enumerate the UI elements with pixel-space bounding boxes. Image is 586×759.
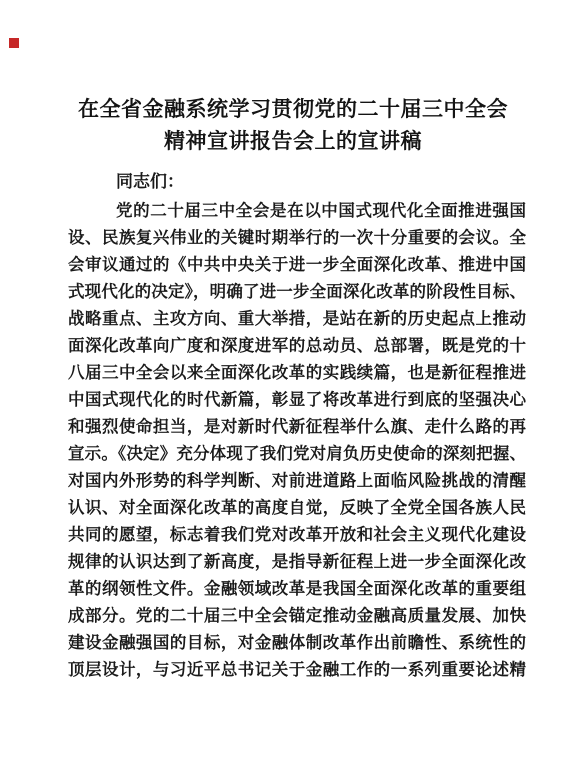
paragraph-line: 革的纲领性文件。金融领域改革是我国全面深化改革的重要组 — [68, 576, 526, 603]
paragraph-line: 顶层设计，与习近平总书记关于金融工作的一系列重要论述精 — [68, 657, 526, 684]
paragraph-line: 和强烈使命担当，是对新时代新征程举什么旗、走什么路的再 — [68, 414, 526, 441]
red-corner-marker — [9, 38, 19, 48]
paragraph-line: 宣示。《决定》充分体现了我们党对肩负历史使命的深刻把握、 — [68, 441, 526, 468]
title-line-1: 在全省金融系统学习贯彻党的二十届三中全会 — [0, 94, 586, 126]
paragraph-line: 成部分。党的二十届三中全会锚定推动金融高质量发展、加快 — [68, 603, 526, 630]
title-line-2: 精神宣讲报告会上的宣讲稿 — [0, 126, 586, 158]
paragraph-line: 规律的认识达到了新高度，是指导新征程上进一步全面深化改 — [68, 549, 526, 576]
document-page: 在全省金融系统学习贯彻党的二十届三中全会 精神宣讲报告会上的宣讲稿 同志们： 党… — [0, 0, 586, 759]
document-title: 在全省金融系统学习贯彻党的二十届三中全会 精神宣讲报告会上的宣讲稿 — [0, 0, 586, 158]
paragraph-line: 共同的愿望，标志着我们党对改革开放和社会主义现代化建设 — [68, 522, 526, 549]
paragraph-line: 党的二十届三中全会是在以中国式现代化全面推进强国建 — [68, 198, 526, 225]
paragraph-line: 式现代化的决定》，明确了进一步全面深化改革的阶段性目标、 — [68, 279, 526, 306]
paragraph-line: 建设金融强国的目标，对金融体制改革作出前瞻性、系统性的 — [68, 630, 526, 657]
paragraph-line: 面深化改革向广度和深度进军的总动员、总部署，既是党的十 — [68, 333, 526, 360]
paragraph-line: 对国内外形势的科学判断、对前进道路上面临风险挑战的清醒 — [68, 468, 526, 495]
paragraph-line: 认识、对全面深化改革的高度自觉，反映了全党全国各族人民 — [68, 495, 526, 522]
paragraph-line: 会审议通过的《中共中央关于进一步全面深化改革、推进中国 — [68, 252, 526, 279]
paragraph-line: 设、民族复兴伟业的关键时期举行的一次十分重要的会议。全 — [68, 225, 526, 252]
speech-paragraph: 党的二十届三中全会是在以中国式现代化全面推进强国建设、民族复兴伟业的关键时期举行… — [68, 198, 526, 684]
paragraph-line: 八届三中全会以来全面深化改革的实践续篇，也是新征程推进 — [68, 360, 526, 387]
paragraph-line: 中国式现代化的时代新篇，彰显了将改革进行到底的坚强决心 — [68, 387, 526, 414]
paragraph-line: 战略重点、主攻方向、重大举措，是站在新的历史起点上推动全 — [68, 306, 526, 333]
greeting-line: 同志们： — [68, 168, 526, 195]
document-body: 同志们： 党的二十届三中全会是在以中国式现代化全面推进强国建设、民族复兴伟业的关… — [68, 168, 526, 684]
